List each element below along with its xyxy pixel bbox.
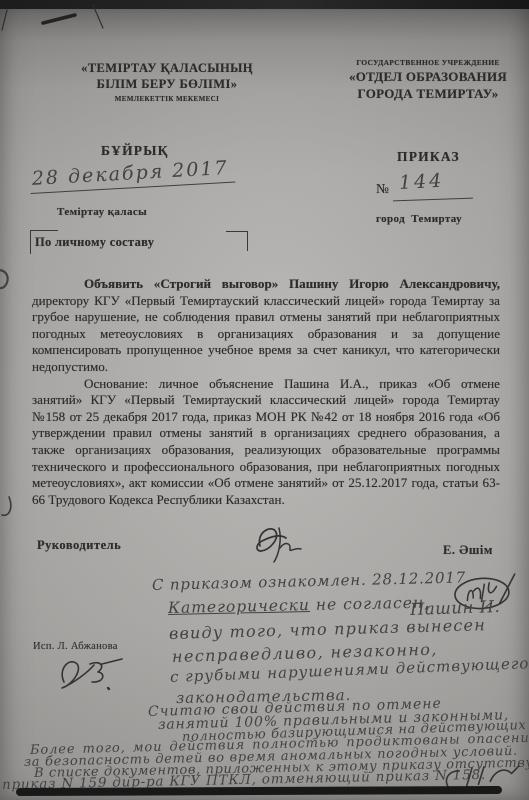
director-signature: [246, 520, 310, 570]
handwritten-date: 28 декабря 2017: [29, 157, 235, 194]
signer-name: Е. Әшім: [443, 543, 493, 558]
org-name-kk-line2: БІЛІМ БЕРУ БӨЛІМІ»: [58, 76, 276, 92]
letterhead-kazakh: «ТЕМІРТАУ ҚАЛАСЫНЫҢ БІЛІМ БЕРУ БӨЛІМІ» М…: [58, 60, 276, 103]
executor-label: Исп. Л. Абжанова: [33, 641, 118, 652]
order-lead: Объявить «Строгий выговор» Пашину Игорю …: [84, 276, 500, 291]
org-name-ru-line2: ГОРОДА ТЕМИРТАУ»: [332, 86, 524, 103]
basis-paragraph: Основание: личное объяснение Пашина И.А.…: [32, 376, 500, 509]
handwritten-order-number: 144: [398, 170, 444, 194]
disagreement-underlined-word: Категорически: [168, 596, 310, 617]
order-rest: директору КГУ «Первый Темиртауский класс…: [32, 293, 500, 374]
disagreement-line: Категорически не согласен,: [168, 594, 430, 617]
doc-title-russian: ПРИКАЗ: [397, 149, 460, 165]
org-type-kk: МЕМЛЕКЕТТІК МЕКЕМЕСІ: [58, 95, 276, 103]
scan-bottom-edge: [16, 786, 502, 796]
pen-mark-left-edge: [0, 495, 16, 523]
org-name-kk-line1: «ТЕМІРТАУ ҚАЛАСЫНЫҢ: [58, 60, 276, 76]
letterhead-russian: ГОСУДАРСТВЕННОЕ УЧРЕЖДЕНИЕ «ОТДЕЛ ОБРАЗО…: [332, 58, 524, 102]
order-body: Объявить «Строгий выговор» Пашину Игорю …: [32, 276, 500, 508]
org-type-ru: ГОСУДАРСТВЕННОЕ УЧРЕЖДЕНИЕ: [332, 58, 524, 67]
acknowledgement-line: С приказом ознакомлен. 28.12.2017: [152, 568, 466, 594]
pen-marks-top-left: [0, 0, 230, 60]
doc-title-kazakh: БҰЙРЫҚ: [101, 143, 169, 159]
punch-hole-mark: [0, 268, 12, 292]
org-name-ru-line1: «ОТДЕЛ ОБРАЗОВАНИЯ: [332, 69, 524, 86]
number-label: №: [376, 181, 389, 197]
place-kazakh: Теміртау қаласы: [57, 206, 147, 218]
executor-signature: [50, 652, 128, 696]
place-russian: город Темиртау: [376, 213, 462, 225]
signer-position: Руководитель: [37, 538, 121, 553]
number-underline: [393, 198, 473, 202]
note-line: ввиду того, что приказ вынесен: [169, 615, 486, 643]
order-paragraph: Объявить «Строгий выговор» Пашину Игорю …: [32, 276, 500, 376]
corner-mark-right: [226, 231, 248, 251]
subject-line: По личному составу: [35, 235, 154, 250]
scanned-order-document: «ТЕМІРТАУ ҚАЛАСЫНЫҢ БІЛІМ БЕРУ БӨЛІМІ» М…: [0, 0, 529, 800]
